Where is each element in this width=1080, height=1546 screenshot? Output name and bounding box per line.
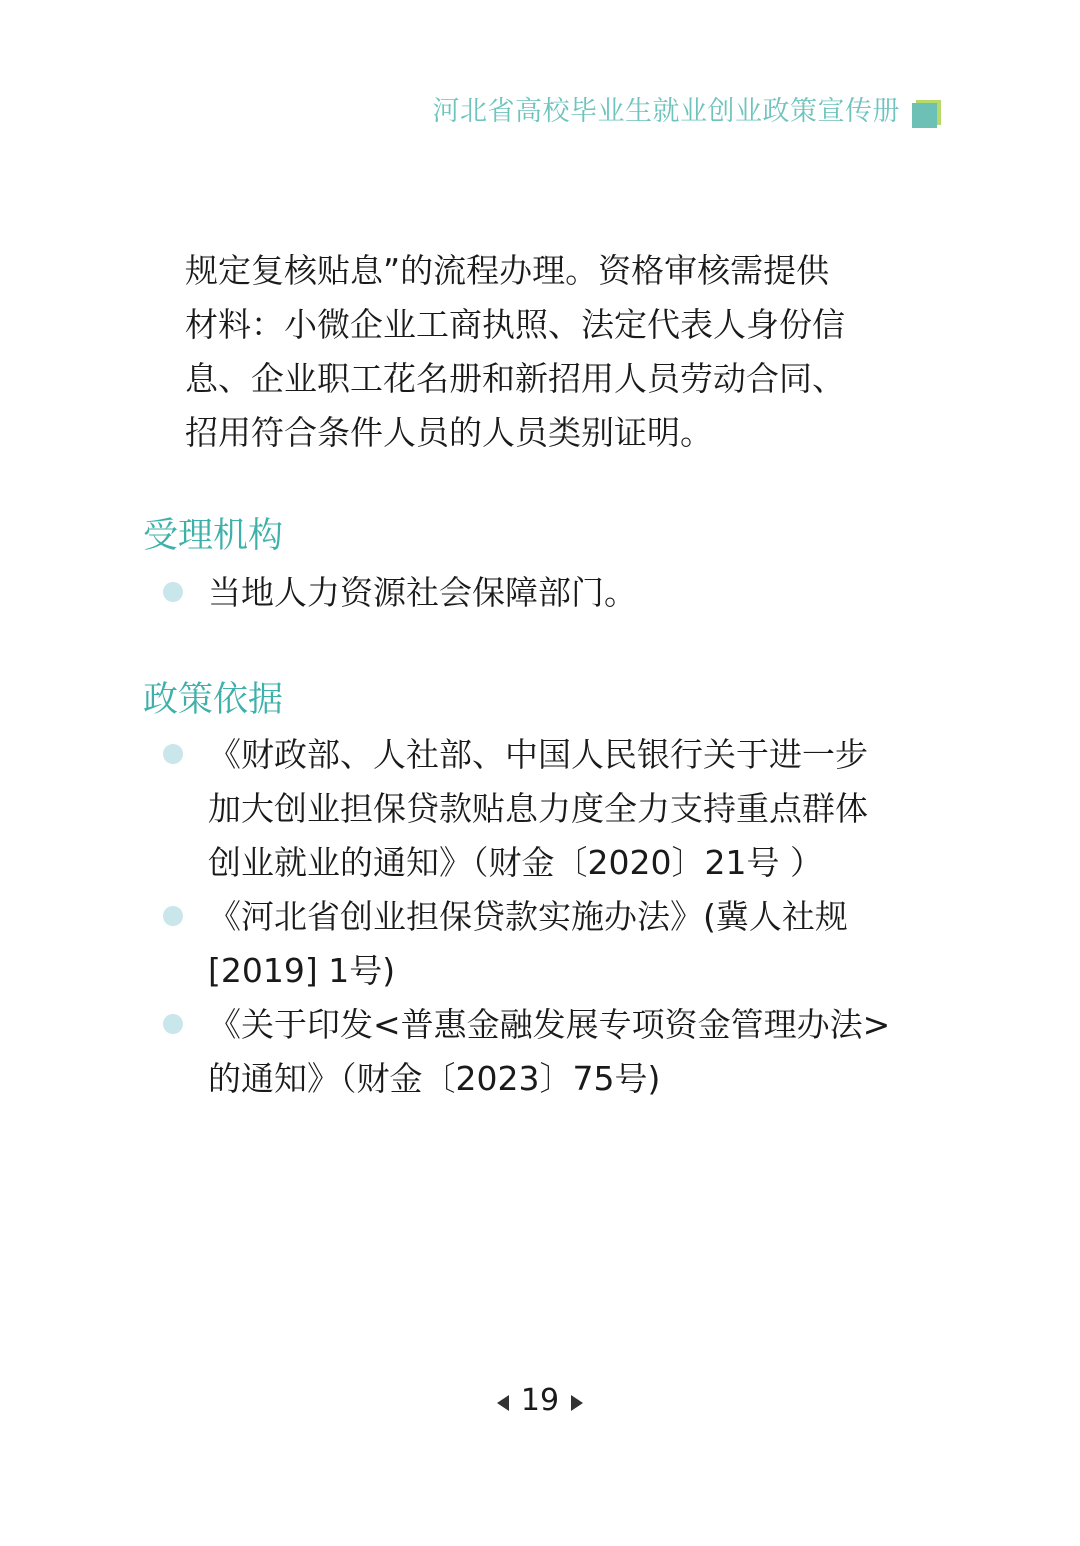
list-item: 《关于印发<普惠金融发展专项资金管理办法> 的通知》（财金〔2023〕75号) <box>163 998 963 1106</box>
booklet-title: 河北省高校毕业生就业创业政策宣传册 <box>433 94 901 130</box>
list-item-line: 《财政部、人社部、中国人民银行关于进一步 <box>208 728 963 782</box>
triangle-right-icon <box>571 1395 583 1411</box>
paragraph-line: 招用符合条件人员的人员类别证明。 <box>185 406 945 460</box>
bullet-dot-icon <box>163 1014 183 1034</box>
paragraph-line: 息、企业职工花名册和新招用人员劳动合同、 <box>185 352 945 406</box>
paragraph-line: 规定复核贴息”的流程办理。资格审核需提供 <box>185 244 945 298</box>
list-item: 当地人力资源社会保障部门。 <box>163 566 963 620</box>
page-header: 河北省高校毕业生就业创业政策宣传册 <box>433 94 943 130</box>
list-item-line: 的通知》（财金〔2023〕75号) <box>208 1052 963 1106</box>
paragraph-line: 材料：小微企业工商执照、法定代表人身份信 <box>185 298 945 352</box>
triangle-left-icon <box>497 1395 509 1411</box>
icon-front-square <box>912 103 937 128</box>
continued-paragraph: 规定复核贴息”的流程办理。资格审核需提供 材料：小微企业工商执照、法定代表人身份… <box>185 244 945 460</box>
list-item-line: 《河北省创业担保贷款实施办法》(冀人社规 <box>208 890 963 944</box>
section-title-policy-basis: 政策依据 <box>143 678 283 722</box>
bullet-dot-icon <box>163 906 183 926</box>
list-item-line: 加大创业担保贷款贴息力度全力支持重点群体 <box>208 782 963 836</box>
list-item-line: 当地人力资源社会保障部门。 <box>208 566 963 620</box>
section-title-accepting-agency: 受理机构 <box>143 514 283 558</box>
bullet-dot-icon <box>163 582 183 602</box>
list-item-line: 《关于印发<普惠金融发展专项资金管理办法> <box>208 998 963 1052</box>
stacked-squares-icon <box>912 100 942 130</box>
list-item-line: [2019] 1号) <box>208 944 963 998</box>
list-item-line: 创业就业的通知》（财金〔2020〕21号 ） <box>208 836 963 890</box>
accepting-agency-list: 当地人力资源社会保障部门。 <box>163 566 963 620</box>
list-item: 《河北省创业担保贷款实施办法》(冀人社规 [2019] 1号) <box>163 890 963 998</box>
list-item: 《财政部、人社部、中国人民银行关于进一步 加大创业担保贷款贴息力度全力支持重点群… <box>163 728 963 890</box>
page-number: 19 <box>521 1383 559 1418</box>
policy-basis-list: 《财政部、人社部、中国人民银行关于进一步 加大创业担保贷款贴息力度全力支持重点群… <box>163 728 963 1106</box>
page-footer: 19 <box>0 1383 1080 1418</box>
bullet-dot-icon <box>163 744 183 764</box>
